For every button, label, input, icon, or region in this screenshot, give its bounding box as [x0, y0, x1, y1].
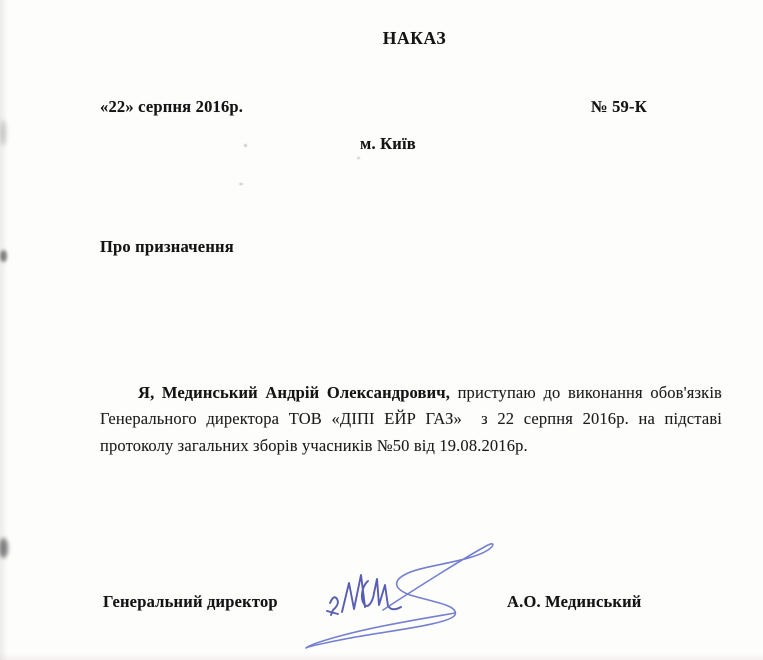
- signature-flourish-stroke: [306, 544, 493, 648]
- document-body-paragraph: Я, Мединський Андрій Олександрович, прис…: [100, 380, 722, 460]
- document-date: «22» серпня 2016р.: [100, 97, 243, 117]
- document-number: № 59-К: [591, 97, 647, 117]
- signoff-name: А.О. Мединський: [507, 592, 642, 612]
- scan-edge-shadow: [0, 0, 8, 660]
- scanned-order-document: НАКАЗ «22» серпня 2016р. № 59-К м. Київ …: [0, 0, 763, 660]
- scan-artifact: [0, 250, 7, 262]
- document-city: м. Київ: [360, 134, 416, 154]
- handwritten-signature-icon: [288, 531, 523, 659]
- signoff-position-label: Генеральний директор: [103, 592, 278, 612]
- scan-speck: [239, 183, 243, 185]
- document-subject: Про призначення: [100, 237, 234, 257]
- scan-speck: [244, 144, 247, 147]
- scan-speck: [357, 157, 360, 159]
- body-lead-bold: Я, Мединський Андрій Олександрович,: [138, 383, 450, 402]
- signature-initials-stroke: [327, 575, 401, 615]
- scan-artifact: [0, 120, 6, 146]
- document-title: НАКАЗ: [33, 28, 763, 49]
